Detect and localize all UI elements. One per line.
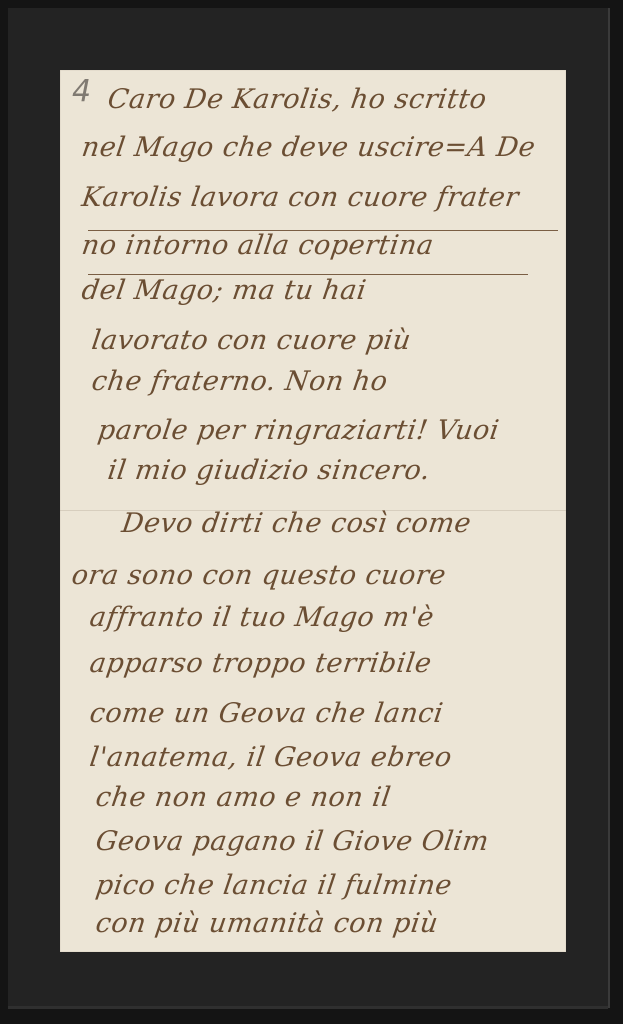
letter-line-10: Devo dirti che così come (120, 508, 473, 539)
letter-line-19: con più umanità con più (94, 908, 440, 939)
letter-line-8: parole per ringraziarti! Vuoi (96, 415, 501, 446)
letter-page: 4 Caro De Karolis, ho scritto nel Mago c… (60, 70, 566, 952)
letter-line-17: Geova pagano il Giove Olim (94, 826, 491, 857)
letter-line-12: affranto il tuo Mago m'è (88, 602, 436, 633)
letter-line-14: come un Geova che lanci (88, 698, 445, 729)
letter-line-11: ora sono con questo cuore (70, 560, 448, 591)
letter-line-7: che fraterno. Non ho (90, 366, 390, 397)
letter-line-4: no intorno alla copertina (80, 230, 436, 261)
letter-line-3: Karolis lavora con cuore frater (80, 182, 521, 213)
letter-line-2: nel Mago che deve uscire=A De (80, 132, 538, 163)
letter-line-13: apparso troppo terribile (88, 648, 434, 679)
letter-line-1: Caro De Karolis, ho scritto (106, 84, 489, 115)
letter-line-15: l'anatema, il Geova ebreo (88, 742, 454, 773)
letter-line-16: che non amo e non il (94, 782, 393, 813)
letter-line-9: il mio giudizio sincero. (106, 455, 432, 486)
letter-line-5: del Mago; ma tu hai (80, 275, 369, 306)
letter-line-18: pico che lancia il fulmine (94, 870, 454, 901)
letter-line-6: lavorato con cuore più (90, 325, 413, 356)
mount-edge (8, 1006, 608, 1009)
page-number: 4 (72, 74, 91, 109)
